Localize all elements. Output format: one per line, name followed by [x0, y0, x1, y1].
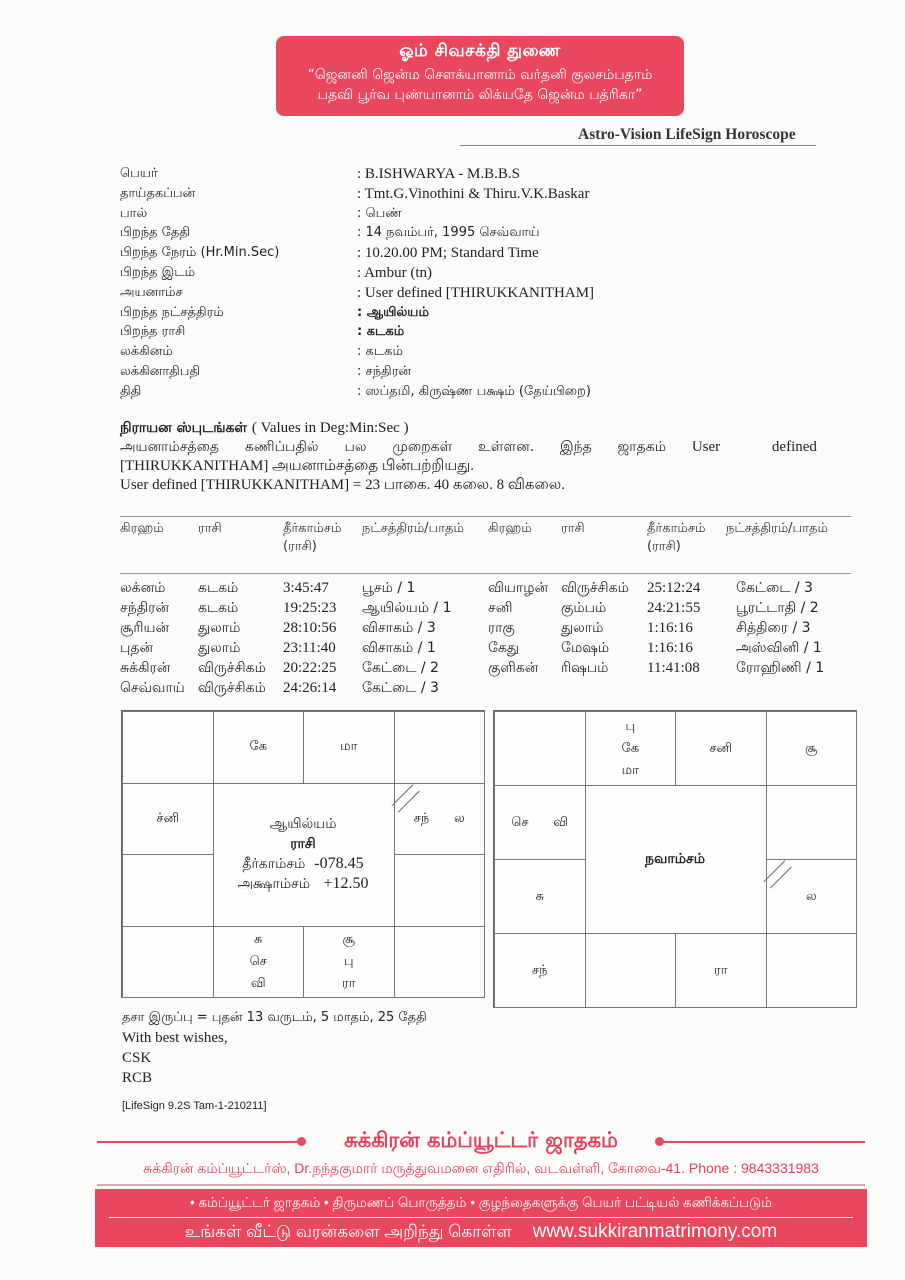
house-thula: ரா [675, 933, 767, 1008]
detail-value: : 14 நவம்பர், 1995 செவ்வாய் [357, 225, 540, 241]
paragraph-word: ஜாதகம் [618, 439, 666, 457]
planet-label: வி [251, 973, 266, 995]
planet-label: சூ [805, 738, 817, 760]
house-kanya [394, 926, 486, 999]
cell-graham: சுக்கிரன் [120, 660, 170, 678]
invocation-title: ஓம் சிவசக்தி துணை [276, 41, 684, 63]
paragraph-word: defined [772, 439, 817, 457]
planet-label: சந் ல [414, 808, 465, 830]
header-rasi: ராசி [198, 520, 222, 538]
cell-longitude: 1:16:16 [647, 640, 693, 657]
paragraph-word: அயனாம்சத்தை [120, 439, 219, 457]
header-graham: கிரஹம் [120, 520, 164, 538]
planet-label: சூ [343, 929, 355, 951]
cell-longitude: 1:16:16 [647, 620, 693, 637]
cell-rasi: கும்பம் [561, 600, 606, 618]
cell-longitude: 19:25:23 [283, 600, 336, 617]
paragraph-word: User [692, 439, 720, 457]
table-row: சுக்கிரன்விருச்சிகம்20:22:25கேட்டை / 2கு… [120, 660, 851, 680]
detail-value: : கடகம் [357, 324, 404, 340]
detail-value: : ஸப்தமி, கிருஷ்ண பக்ஷம் (தேய்பிறை) [357, 384, 591, 400]
brand-divider [460, 145, 816, 146]
table-body: லக்னம்கடகம்3:45:47பூசம் / 1வியாழன்விருச்… [120, 580, 851, 700]
house-mesha: புகேமா [585, 711, 677, 786]
header-rasi-2: ராசி [561, 520, 585, 538]
planet-positions-table: கிரஹம் ராசி தீர்காம்சம்(ராசி) நட்சத்திரம… [120, 516, 851, 700]
cell-rasi: துலாம் [198, 620, 240, 638]
paragraph-word: கணிப்பதில் [245, 439, 319, 457]
planet-label: ரா [342, 973, 356, 995]
detail-value: : Ambur (tn) [357, 265, 432, 282]
cell-rasi: கடகம் [198, 600, 238, 618]
detail-label: பிறந்த இடம் [120, 265, 195, 281]
house-rishaba: சனி [675, 711, 767, 786]
software-version: [LifeSign 9.2S Tam-1-210211] [122, 1096, 427, 1116]
ayanamsa-paragraph-line2: [THIRUKKANITHAM] அயனாம்சத்தை பின்பற்றியத… [120, 457, 817, 476]
cell-rasi: விருச்சிகம் [561, 580, 629, 598]
table-row: சூரியன்துலாம்28:10:56விசாகம் / 3ராகுதுலா… [120, 620, 851, 640]
advert-address: சுக்கிரன் கம்ப்யூட்டர்ஸ், Dr.நந்தகுமார் … [97, 1160, 865, 1179]
cell-rasi: துலாம் [561, 620, 603, 638]
cell-nakshatra: சித்திரை / 3 [736, 620, 811, 638]
cell-longitude: 11:41:08 [647, 660, 700, 677]
paragraph-word: பல [344, 439, 366, 457]
planet-label: பு [625, 716, 635, 738]
ayanamsa-section: நிராயன ஸ்புடங்கள் ( Values in Deg:Min:Se… [120, 420, 817, 495]
detail-value: : 10.20.00 PM; Standard Time [357, 245, 539, 262]
cell-graham: புதன் [120, 640, 153, 658]
center-title: நவாம்சம் [645, 849, 705, 869]
cell-nakshatra: கேட்டை / 2 [362, 660, 439, 678]
detail-label: பால் [120, 206, 147, 222]
detail-value: : Tmt.G.Vinothini & Thiru.V.K.Baskar [357, 186, 589, 203]
detail-label: திதி [120, 384, 141, 400]
header-longitude-2: தீர்காம்சம்(ராசி) [647, 520, 706, 556]
cell-nakshatra: விசாகம் / 1 [362, 640, 436, 658]
cell-longitude: 24:26:14 [283, 680, 336, 697]
planet-label: சு [254, 929, 262, 951]
website-link[interactable]: www.sukkiranmatrimony.com [533, 1221, 778, 1242]
house-vrischika [585, 933, 677, 1008]
house-makara: சு [494, 859, 586, 934]
table-header-rule [120, 573, 851, 574]
advert-title-row: சுக்கிரன் கம்ப்யூட்டர் ஜாதகம் [97, 1128, 865, 1156]
detail-label: பிறந்த நேரம் (Hr.Min.Sec) [120, 245, 279, 261]
detail-label: பிறந்த தேதி [120, 225, 190, 241]
cell-graham: கேது [488, 640, 519, 658]
lagna-marker-icon [763, 860, 791, 888]
detail-value: : கடகம் [357, 344, 403, 360]
cell-rasi: மேஷம் [561, 640, 609, 658]
house-simha [394, 854, 486, 927]
center-latitude: அக்ஷாம்சம் +12.50 [237, 874, 368, 894]
house-mithuna: சூ [766, 711, 858, 786]
table-row: லக்னம்கடகம்3:45:47பூசம் / 1வியாழன்விருச்… [120, 580, 851, 600]
house-dhanus [122, 926, 214, 999]
advert-tagline-row: உங்கள் வீட்டு வரன்களை அறிந்து கொள்ள www.… [95, 1221, 867, 1244]
header-nakshatra-2: நட்சத்திரம்/பாதம் [726, 520, 828, 538]
cell-nakshatra: கேட்டை / 3 [362, 680, 439, 698]
planet-label: சு [536, 886, 544, 908]
ayanamsa-heading: நிராயன ஸ்புடங்கள் ( Values in Deg:Min:Se… [120, 420, 817, 438]
detail-value: : பெண் [357, 206, 402, 222]
planet-label: பு [344, 951, 354, 973]
detail-label: லக்கினாதிபதி [120, 364, 200, 380]
navamsa-chart: நவாம்சம் புகேமாசனிசூசெ விசுலசந்ரா [493, 710, 857, 1008]
table-row: புதன்துலாம்23:11:40விசாகம் / 1கேதுமேஷம்1… [120, 640, 851, 660]
paragraph-word: இந்த [560, 439, 592, 457]
planet-label: கே [621, 738, 639, 760]
planet-label: ச்னி [156, 808, 179, 830]
cell-nakshatra: ரோஹிணி / 1 [736, 660, 824, 678]
heading-english: ( Values in Deg:Min:Sec ) [252, 420, 409, 436]
cell-graham: வியாழன் [488, 580, 548, 598]
planet-label: செ [250, 951, 267, 973]
cell-rasi: கடகம் [198, 580, 238, 598]
advert-services: • கம்ப்யூட்டர் ஜாதகம் • திருமணப் பொருத்த… [95, 1195, 867, 1213]
ayanamsa-paragraph-line1: அயனாம்சத்தைகணிப்பதில்பலமுறைகள்உள்ளன.இந்த… [120, 439, 817, 457]
center-nakshatra: ஆயில்யம் [270, 814, 337, 834]
cell-graham: ராகு [488, 620, 515, 638]
planet-label: மா [340, 736, 357, 758]
cell-longitude: 24:21:55 [647, 600, 700, 617]
house-makara [122, 854, 214, 927]
advert-title: சுக்கிரன் கம்ப்யூட்டர் ஜாதகம் [97, 1128, 865, 1155]
verse-line-1: “ஜெனனி ஜென்ம சௌக்யானாம் வர்தனி குலசம்பதா… [276, 67, 684, 85]
detail-label: பிறந்த ராசி [120, 324, 185, 340]
house-kataka [766, 785, 858, 860]
house-meena [122, 711, 214, 784]
heading-tamil: நிராயன ஸ்புடங்கள் [120, 420, 247, 436]
rasi-chart-center: ஆயில்யம் ராசி தீர்காம்சம் -078.45 அக்ஷாம… [213, 783, 394, 926]
house-vrischika: சுசெவி [213, 926, 305, 999]
planet-label: சந் [532, 960, 548, 982]
header-longitude: தீர்காம்சம்(ராசி) [283, 520, 342, 556]
cell-longitude: 3:45:47 [283, 580, 329, 597]
house-dhanus: சந் [494, 933, 586, 1008]
house-mesha: கே [213, 711, 305, 784]
signature-2: RCB [122, 1068, 427, 1088]
cell-nakshatra: ஆயில்யம் / 1 [362, 600, 452, 618]
cell-graham: லக்னம் [120, 580, 165, 598]
detail-label: அயனாம்ச [120, 285, 183, 301]
house-kumbha: ச்னி [122, 783, 214, 856]
cell-nakshatra: பூசம் / 1 [362, 580, 415, 598]
detail-value: : சந்திரன் [357, 364, 411, 380]
cell-nakshatra: விசாகம் / 3 [362, 620, 436, 638]
paragraph-word: முறைகள் [392, 439, 452, 457]
cell-graham: சூரியன் [120, 620, 169, 638]
planet-label: ரா [714, 960, 728, 982]
cell-nakshatra: கேட்டை / 3 [736, 580, 813, 598]
planet-label: மா [622, 760, 639, 782]
cell-longitude: 25:12:24 [647, 580, 700, 597]
planet-label: ல [806, 886, 817, 908]
house-simha: ல [766, 859, 858, 934]
header-nakshatra: நட்சத்திரம்/பாதம் [362, 520, 464, 538]
table-header: கிரஹம் ராசி தீர்காம்சம்(ராசி) நட்சத்திரம… [120, 517, 851, 573]
house-kanya [766, 933, 858, 1008]
cell-nakshatra: அஸ்வினி / 1 [736, 640, 822, 658]
detail-label: தாய்தகப்பன் [120, 186, 195, 202]
cell-rasi: விருச்சிகம் [198, 660, 266, 678]
advert-services-box: • கம்ப்யூட்டர் ஜாதகம் • திருமணப் பொருத்த… [95, 1189, 867, 1247]
cell-nakshatra: பூரட்டாதி / 2 [736, 600, 819, 618]
detail-label: லக்கினம் [120, 344, 173, 360]
cell-graham: செவ்வாய் [120, 680, 185, 698]
detail-value: : B.ISHWARYA - M.B.B.S [357, 166, 520, 183]
paragraph-word: உள்ளன. [478, 439, 534, 457]
planet-label: சனி [709, 738, 732, 760]
cell-graham: குளிகன் [488, 660, 538, 678]
house-rishaba: மா [303, 711, 395, 784]
planet-label: செ வி [511, 812, 568, 834]
table-row: சந்திரன்கடகம்19:25:23ஆயில்யம் / 1சனிகும்… [120, 600, 851, 620]
invocation-banner: ஓம் சிவசக்தி துணை “ஜெனனி ஜென்ம சௌக்யானாம… [276, 36, 684, 116]
cell-graham: சந்திரன் [120, 600, 169, 618]
navamsa-chart-center: நவாம்சம் [585, 785, 766, 933]
header-graham-2: கிரஹம் [488, 520, 532, 538]
center-longitude: தீர்காம்சம் -078.45 [242, 854, 363, 874]
wishes-text: With best wishes, [122, 1028, 427, 1048]
verse-line-2: பதவி பூர்வ புண்யானாம் லிக்யதே ஜென்ம பத்ர… [276, 87, 684, 105]
cell-longitude: 20:22:25 [283, 660, 336, 677]
signature-1: CSK [122, 1048, 427, 1068]
house-kumbha: செ வி [494, 785, 586, 860]
cell-rasi: ரிஷபம் [561, 660, 608, 678]
table-row: செவ்வாய்விருச்சிகம்24:26:14கேட்டை / 3 [120, 680, 851, 700]
cell-longitude: 28:10:56 [283, 620, 336, 637]
advert-box-divider [109, 1217, 853, 1218]
cell-rasi: துலாம் [198, 640, 240, 658]
detail-label: பிறந்த நட்சத்திரம் [120, 305, 224, 321]
detail-label: பெயர் [120, 166, 158, 182]
house-thula: சூபுரா [303, 926, 395, 999]
brand-title: Astro-Vision LifeSign Horoscope [578, 126, 796, 144]
center-title: ராசி [290, 834, 316, 854]
cell-graham: சனி [488, 600, 513, 618]
ayanamsa-value: User defined [THIRUKKANITHAM] = 23 பாகை.… [120, 476, 817, 495]
advert-tagline: உங்கள் வீட்டு வரன்களை அறிந்து கொள்ள [185, 1222, 512, 1241]
house-mithuna [394, 711, 486, 784]
advert-divider [97, 1184, 865, 1186]
planet-label: கே [249, 736, 267, 758]
rasi-chart: ஆயில்யம் ராசி தீர்காம்சம் -078.45 அக்ஷாம… [121, 710, 485, 998]
notes-section: தசா இருப்பு = புதன் 13 வருடம், 5 மாதம், … [122, 1008, 427, 1116]
house-kataka: சந் ல [394, 783, 486, 856]
dasa-balance: தசா இருப்பு = புதன் 13 வருடம், 5 மாதம், … [122, 1008, 427, 1028]
detail-value: : User defined [THIRUKKANITHAM] [357, 285, 594, 302]
cell-rasi: விருச்சிகம் [198, 680, 266, 698]
detail-value: : ஆயில்யம் [357, 305, 429, 321]
house-meena [494, 711, 586, 786]
cell-longitude: 23:11:40 [283, 640, 336, 657]
